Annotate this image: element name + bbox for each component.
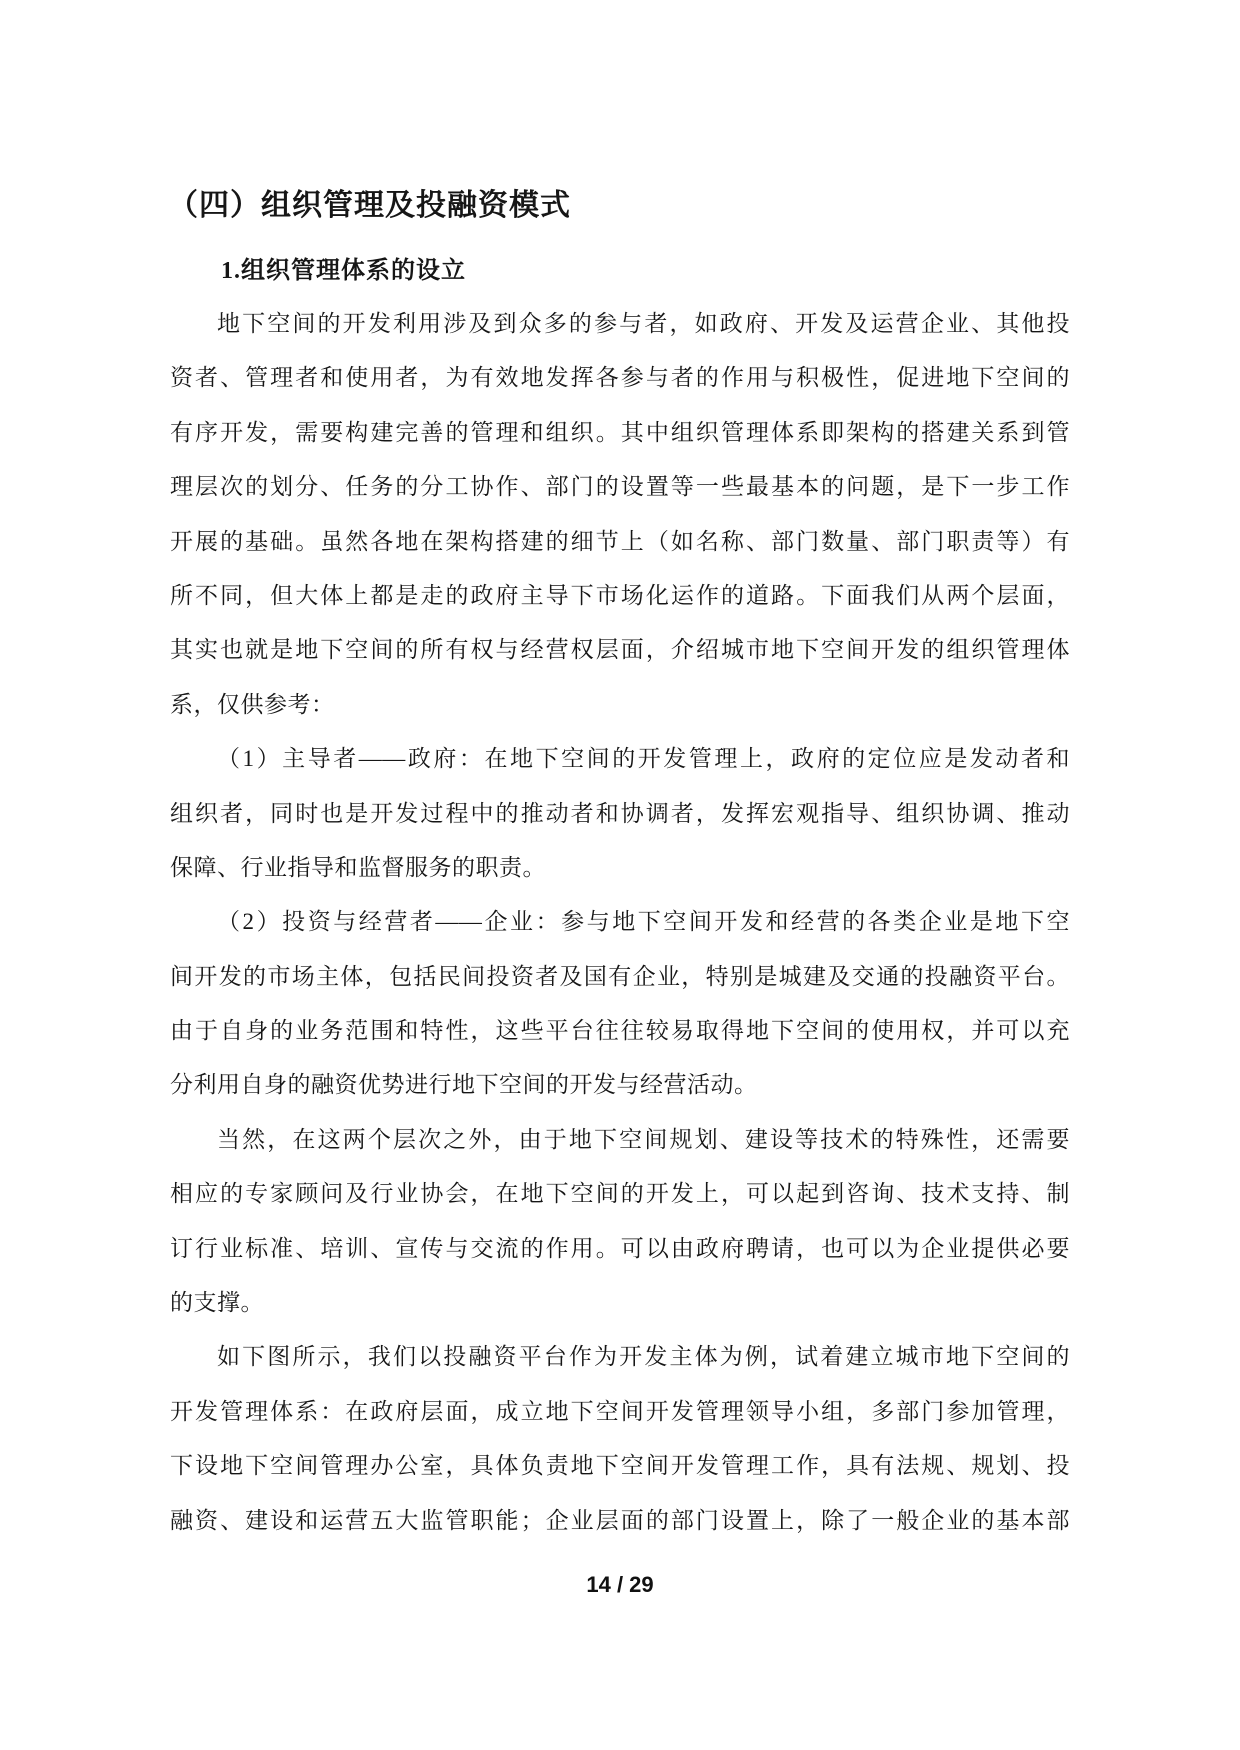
body-line: （1）主导者——政府：在地下空间的开发管理上，政府的定位应是发动者和 <box>170 732 1070 786</box>
document-page: （四）组织管理及投融资模式 1.组织管理体系的设立 地下空间的开发利用涉及到众多… <box>0 0 1240 1750</box>
body-line: 开发管理体系：在政府层面，成立地下空间开发管理领导小组，多部门参加管理， <box>170 1385 1070 1439</box>
paragraph: 地下空间的开发利用涉及到众多的参与者，如政府、开发及运营企业、其他投 资者、管理… <box>170 297 1070 732</box>
section-heading: （四）组织管理及投融资模式 <box>168 188 571 224</box>
body-line: 资者、管理者和使用者，为有效地发挥各参与者的作用与积极性，促进地下空间的 <box>170 351 1070 405</box>
subsection-heading: 1.组织管理体系的设立 <box>221 256 466 286</box>
body-line: 其实也就是地下空间的所有权与经营权层面，介绍城市地下空间开发的组织管理体 <box>170 623 1070 677</box>
body-line: 保障、行业指导和监督服务的职责。 <box>170 841 1070 895</box>
paragraph: 如下图所示，我们以投融资平台作为开发主体为例，试着建立城市地下空间的 开发管理体… <box>170 1330 1070 1548</box>
body-line: 有序开发，需要构建完善的管理和组织。其中组织管理体系即架构的搭建关系到管 <box>170 406 1070 460</box>
body-line: 理层次的划分、任务的分工协作、部门的设置等一些最基本的问题，是下一步工作 <box>170 460 1070 514</box>
body-line: 所不同，但大体上都是走的政府主导下市场化运作的道路。下面我们从两个层面， <box>170 569 1070 623</box>
body-text: 地下空间的开发利用涉及到众多的参与者，如政府、开发及运营企业、其他投 资者、管理… <box>170 297 1070 1548</box>
paragraph: （1）主导者——政府：在地下空间的开发管理上，政府的定位应是发动者和 组织者，同… <box>170 732 1070 895</box>
body-line: 相应的专家顾问及行业协会，在地下空间的开发上，可以起到咨询、技术支持、制 <box>170 1167 1070 1221</box>
page-number: 14 / 29 <box>0 1572 1240 1598</box>
body-line: 系，仅供参考： <box>170 678 1070 732</box>
body-line: 分利用自身的融资优势进行地下空间的开发与经营活动。 <box>170 1058 1070 1112</box>
body-line: 地下空间的开发利用涉及到众多的参与者，如政府、开发及运营企业、其他投 <box>170 297 1070 351</box>
body-line: 开展的基础。虽然各地在架构搭建的细节上（如名称、部门数量、部门职责等）有 <box>170 515 1070 569</box>
body-line: 间开发的市场主体，包括民间投资者及国有企业，特别是城建及交通的投融资平台。 <box>170 950 1070 1004</box>
body-line: 组织者，同时也是开发过程中的推动者和协调者，发挥宏观指导、组织协调、推动 <box>170 787 1070 841</box>
paragraph: （2）投资与经营者——企业：参与地下空间开发和经营的各类企业是地下空 间开发的市… <box>170 895 1070 1113</box>
body-line: 融资、建设和运营五大监管职能；企业层面的部门设置上，除了一般企业的基本部 <box>170 1494 1070 1548</box>
body-line: 由于自身的业务范围和特性，这些平台往往较易取得地下空间的使用权，并可以充 <box>170 1004 1070 1058</box>
body-line: （2）投资与经营者——企业：参与地下空间开发和经营的各类企业是地下空 <box>170 895 1070 949</box>
body-line: 下设地下空间管理办公室，具体负责地下空间开发管理工作，具有法规、规划、投 <box>170 1439 1070 1493</box>
body-line: 如下图所示，我们以投融资平台作为开发主体为例，试着建立城市地下空间的 <box>170 1330 1070 1384</box>
body-line: 当然，在这两个层次之外，由于地下空间规划、建设等技术的特殊性，还需要 <box>170 1113 1070 1167</box>
paragraph: 当然，在这两个层次之外，由于地下空间规划、建设等技术的特殊性，还需要 相应的专家… <box>170 1113 1070 1331</box>
body-line: 订行业标准、培训、宣传与交流的作用。可以由政府聘请，也可以为企业提供必要 <box>170 1222 1070 1276</box>
body-line: 的支撑。 <box>170 1276 1070 1330</box>
